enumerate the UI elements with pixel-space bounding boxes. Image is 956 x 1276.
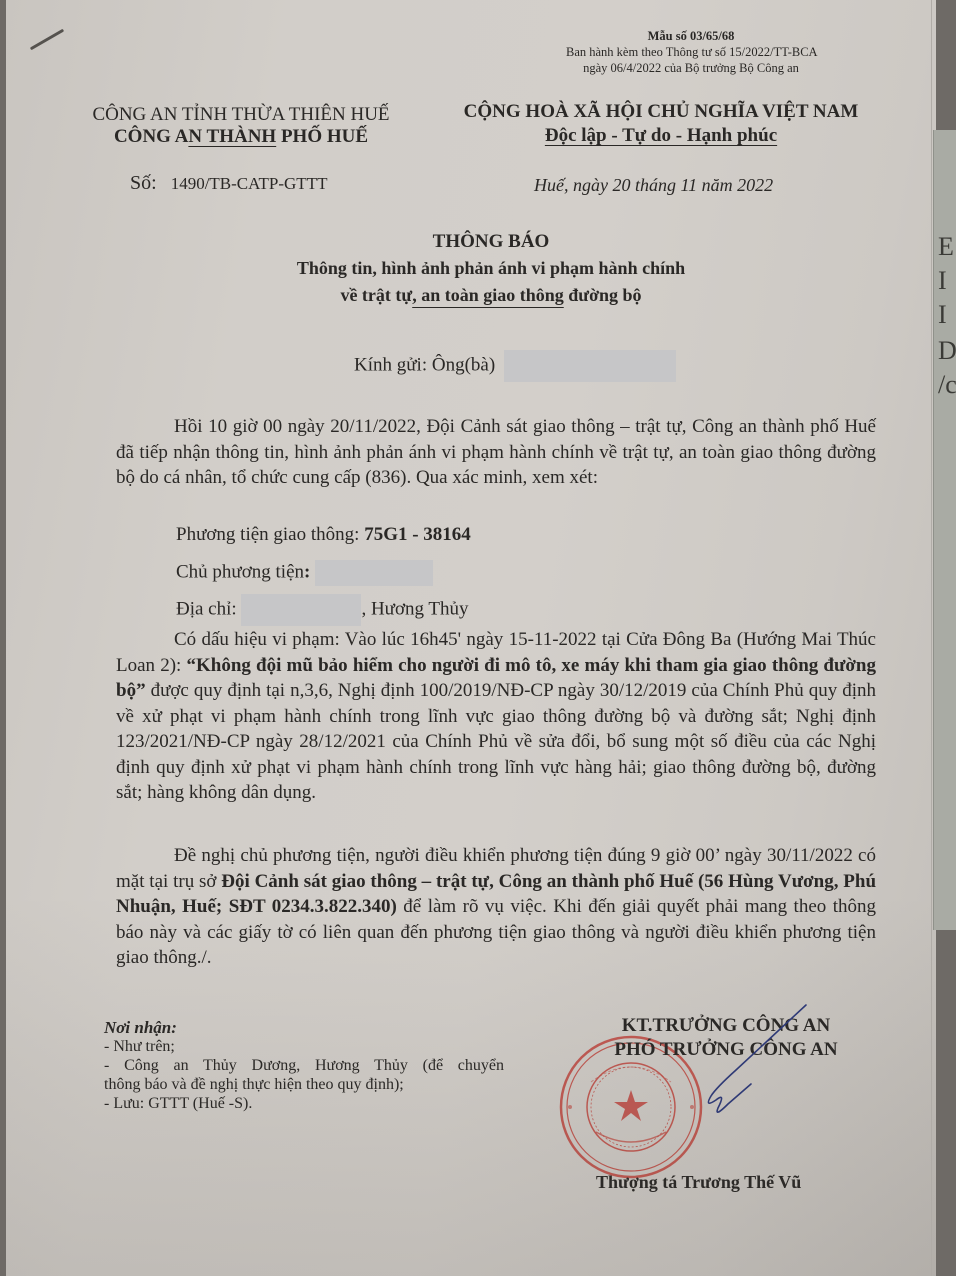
form-issued-with: Ban hành kèm theo Thông tư số 15/2022/TT… — [566, 44, 816, 60]
address-field: Địa chỉ: , Hương Thủy — [176, 594, 469, 626]
recipient-item: - Như trên; — [104, 1037, 504, 1056]
recipient-item: thông báo và đề nghị thực hiện theo quy … — [104, 1075, 504, 1094]
title-subtitle-2: về trật tự, an toàn giao thông đường bộ — [246, 282, 736, 309]
addressee-label: Kính gửi: Ông(bà) — [354, 354, 495, 375]
issuer-unit-suffix: PHỐ HUẾ — [276, 126, 368, 147]
owner-field: Chủ phương tiện: — [176, 560, 433, 586]
vehicle-field: Phương tiện giao thông: 75G1 - 38164 — [176, 524, 471, 546]
underlying-sheet: E I I D/ /c — [933, 130, 956, 930]
form-code-block: Mẫu số 03/65/68 Ban hành kèm theo Thông … — [566, 28, 816, 76]
national-header: CỘNG HOÀ XÃ HỘI CHỦ NGHĨA VIỆT NAM Độc l… — [446, 100, 876, 148]
form-number: Mẫu số 03/65/68 — [566, 28, 816, 44]
vehicle-plate: 75G1 - 38164 — [364, 524, 471, 545]
issuer-parent: CÔNG AN TỈNH THỪA THIÊN HUẾ — [66, 104, 416, 126]
national-motto: Độc lập - Tự do - Hạnh phúc — [446, 124, 876, 148]
issuer-header: CÔNG AN TỈNH THỪA THIÊN HUẾ CÔNG AN THÀN… — [66, 104, 416, 148]
pen-mark — [30, 29, 64, 51]
document-number: Số:1490/TB-CATP-GTTT — [130, 172, 327, 195]
address-value-redacted — [241, 594, 361, 626]
request-paragraph: Đề nghị chủ phương tiện, người điều khiể… — [116, 843, 876, 971]
document-number-value: 1490/TB-CATP-GTTT — [171, 174, 328, 193]
violation-paragraph: Có dấu hiệu vi phạm: Vào lúc 16h45' ngày… — [116, 627, 876, 806]
owner-colon: : — [304, 561, 310, 582]
recipients-block: Nơi nhận: - Như trên; - Công an Thủy Dươ… — [104, 1018, 504, 1113]
document-title: THÔNG BÁO Thông tin, hình ảnh phản ánh v… — [246, 228, 736, 309]
subtitle-2-underlined: , an toàn giao thông — [412, 285, 564, 305]
recipient-item: - Lưu: GTTT (Huế -S). — [104, 1094, 504, 1113]
addressee-name-redacted — [504, 350, 676, 382]
issuer-unit: CÔNG AN THÀNH PHỐ HUẾ — [66, 126, 416, 148]
form-issued-date: ngày 06/4/2022 của Bộ trưởng Bộ Công an — [566, 60, 816, 76]
document-page: Mẫu số 03/65/68 Ban hành kèm theo Thông … — [6, 0, 936, 1276]
subtitle-2-post: đường bộ — [564, 285, 642, 305]
page-edge — [931, 0, 932, 1276]
owner-name-redacted — [315, 560, 433, 586]
issuer-unit-prefix: CÔNG A — [114, 126, 188, 147]
title-main: THÔNG BÁO — [246, 228, 736, 255]
address-suffix: , Hương Thủy — [361, 598, 468, 619]
handwritten-signature-icon — [656, 1000, 816, 1130]
addressee: Kính gửi: Ông(bà) — [354, 350, 676, 382]
national-title: CỘNG HOÀ XÃ HỘI CHỦ NGHĨA VIỆT NAM — [446, 100, 876, 124]
place-date: Huế, ngày 20 tháng 11 năm 2022 — [534, 175, 773, 196]
violation-legal-basis: được quy định tại n,3,6, Nghị định 100/2… — [116, 680, 876, 803]
intro-paragraph: Hồi 10 giờ 00 ngày 20/11/2022, Đội Cảnh … — [116, 414, 876, 491]
document-number-label: Số: — [130, 172, 157, 194]
title-subtitle-1: Thông tin, hình ảnh phản ánh vi phạm hàn… — [246, 255, 736, 282]
subtitle-2-pre: về trật tự — [340, 285, 412, 305]
address-label: Địa chỉ: — [176, 598, 237, 619]
issuer-unit-underlined: N THÀNH — [188, 126, 276, 147]
recipient-item: - Công an Thủy Dương, Hương Thủy (để chu… — [104, 1056, 504, 1075]
vehicle-label: Phương tiện giao thông: — [176, 524, 364, 545]
signer-name: Thượng tá Trương Thế Vũ — [596, 1172, 801, 1193]
recipients-heading: Nơi nhận: — [104, 1018, 504, 1037]
owner-label: Chủ phương tiện — [176, 561, 304, 582]
